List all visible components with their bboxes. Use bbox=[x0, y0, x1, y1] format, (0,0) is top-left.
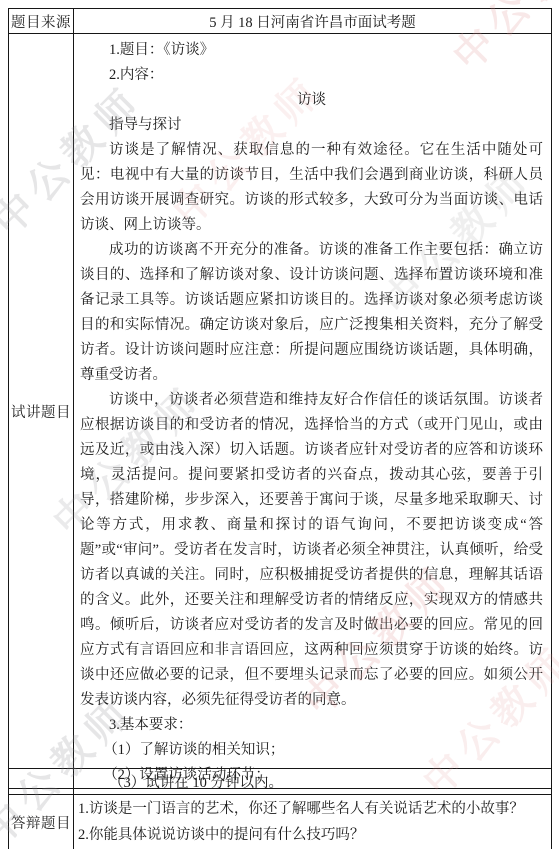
requirement-1: （1）了解访谈的相关知识； bbox=[80, 738, 543, 763]
source-row: 题目来源 5 月 18 日河南省许昌市面试考题 bbox=[9, 9, 552, 34]
defense-label: 答辩题目 bbox=[9, 795, 74, 849]
defense-questions: 1.访谈是一门语言的艺术，你还了解哪些名人有关说话艺术的小故事？ 2.你能具体说… bbox=[74, 795, 552, 849]
source-value: 5 月 18 日河南省许昌市面试考题 bbox=[74, 9, 552, 34]
exam-question-document: 题目来源 5 月 18 日河南省许昌市面试考题 试讲题目 1.题目：《访谈》 2… bbox=[0, 0, 559, 849]
trial-lecture-row: 试讲题目 1.题目：《访谈》 2.内容： 访谈 指导与探讨 访谈是了解情况、获取… bbox=[9, 34, 552, 789]
requirement-overflow-row: （3）试讲在 10 分钟以内。 bbox=[9, 769, 552, 795]
trial-item-content: 2.内容： bbox=[80, 63, 543, 88]
trial-item-requirements: 3.基本要求： bbox=[80, 713, 543, 738]
trial-item-title: 1.题目：《访谈》 bbox=[80, 38, 543, 63]
requirement-3: （3）试讲在 10 分钟以内。 bbox=[74, 769, 552, 795]
question-table-continued: （3）试讲在 10 分钟以内。 答辩题目 1.访谈是一门语言的艺术，你还了解哪些… bbox=[8, 768, 552, 849]
trial-lecture-label: 试讲题目 bbox=[9, 34, 74, 789]
defense-row: 答辩题目 1.访谈是一门语言的艺术，你还了解哪些名人有关说话艺术的小故事？ 2.… bbox=[9, 795, 552, 849]
trial-lecture-content: 1.题目：《访谈》 2.内容： 访谈 指导与探讨 访谈是了解情况、获取信息的一种… bbox=[74, 34, 552, 789]
passage-title: 访谈 bbox=[80, 88, 543, 113]
defense-question-2: 2.你能具体说说访谈中的提问有什么技巧吗？ bbox=[78, 822, 547, 848]
passage-subtitle: 指导与探讨 bbox=[80, 113, 543, 138]
defense-question-1: 1.访谈是一门语言的艺术，你还了解哪些名人有关说话艺术的小故事？ bbox=[78, 796, 547, 822]
source-label: 题目来源 bbox=[9, 9, 74, 34]
passage-paragraph-2: 成功的访谈离不开充分的准备。访谈的准备工作主要包括：确立访谈目的、选择和了解访谈… bbox=[80, 238, 543, 388]
question-table: 题目来源 5 月 18 日河南省许昌市面试考题 试讲题目 1.题目：《访谈》 2… bbox=[8, 8, 552, 789]
passage-paragraph-1: 访谈是了解情况、获取信息的一种有效途径。它在生活中随处可见：电视中有大量的访谈节… bbox=[80, 138, 543, 238]
empty-label-cell bbox=[9, 769, 74, 795]
passage-paragraph-3: 访谈中，访谈者必须营造和维持友好合作信任的谈话氛围。访谈者应根据访谈目的和受访者… bbox=[80, 388, 543, 713]
